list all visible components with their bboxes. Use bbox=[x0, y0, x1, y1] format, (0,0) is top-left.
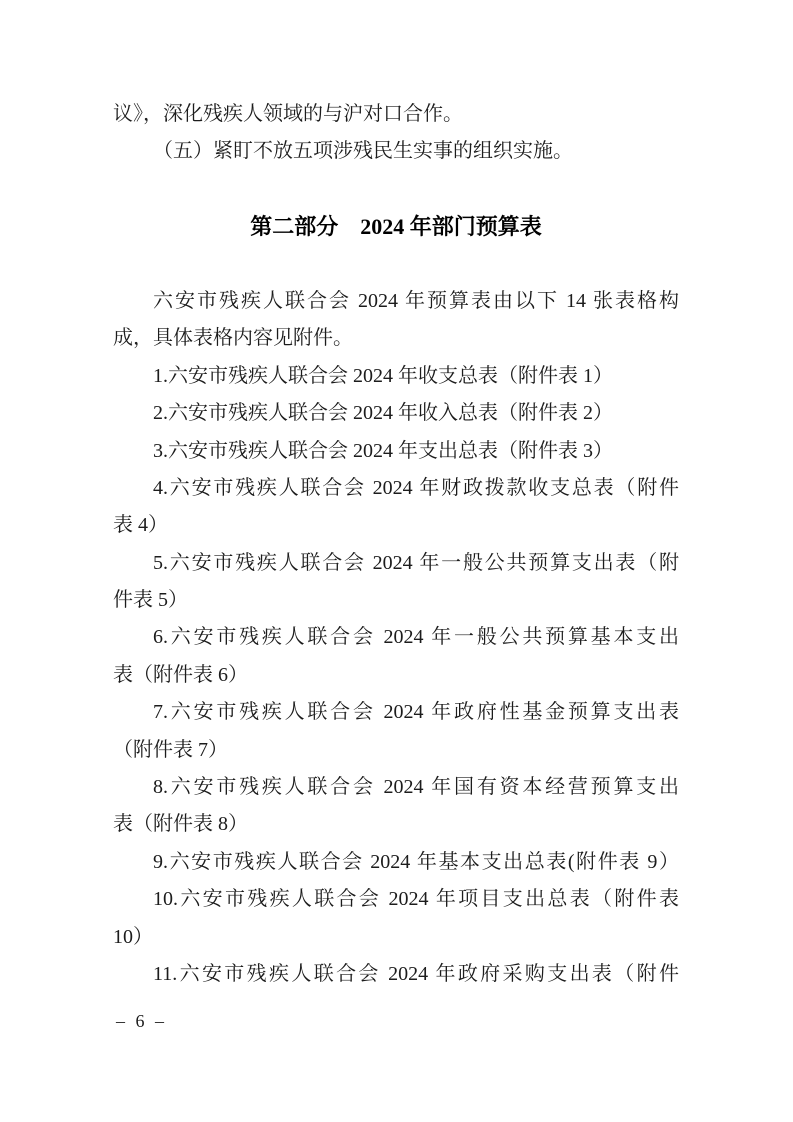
document-content: 议》，深化残疾人领域的与沪对口合作。 （五）紧盯不放五项涉残民生实事的组织实施。… bbox=[113, 96, 679, 993]
blank-line bbox=[113, 171, 679, 208]
list-item-line: 2.六安市残疾人联合会 2024 年收入总表（附件表 2） bbox=[113, 395, 679, 432]
list-item-line: （附件表 7） bbox=[113, 732, 679, 769]
blank-line bbox=[113, 246, 679, 283]
list-item-line: 7.六安市残疾人联合会 2024 年政府性基金预算支出表 bbox=[113, 694, 679, 731]
list-item-line: 8.六安市残疾人联合会 2024 年国有资本经营预算支出 bbox=[113, 769, 679, 806]
list-item-line: 1.六安市残疾人联合会 2024 年收支总表（附件表 1） bbox=[113, 358, 679, 395]
text-line: 议》，深化残疾人领域的与沪对口合作。 bbox=[113, 96, 679, 133]
list-item-line: 10.六安市残疾人联合会 2024 年项目支出总表（附件表 bbox=[113, 881, 679, 918]
page-number: – 6 – bbox=[116, 1011, 167, 1032]
list-item-line: 表（附件表 8） bbox=[113, 806, 679, 843]
list-item-line: 5.六安市残疾人联合会 2024 年一般公共预算支出表（附 bbox=[113, 545, 679, 582]
list-item-line: 10） bbox=[113, 919, 679, 956]
document-page: 议》，深化残疾人领域的与沪对口合作。 （五）紧盯不放五项涉残民生实事的组织实施。… bbox=[0, 0, 793, 1122]
section-heading: 第二部分 2024 年部门预算表 bbox=[113, 208, 679, 245]
list-item-line: 11.六安市残疾人联合会 2024 年政府采购支出表（附件 bbox=[113, 956, 679, 993]
text-line: （五）紧盯不放五项涉残民生实事的组织实施。 bbox=[113, 133, 679, 170]
list-item-line: 表 4） bbox=[113, 507, 679, 544]
text-line: 成，具体表格内容见附件。 bbox=[113, 320, 679, 357]
list-item-line: 4.六安市残疾人联合会 2024 年财政拨款收支总表（附件 bbox=[113, 470, 679, 507]
list-item-line: 9.六安市残疾人联合会 2024 年基本支出总表(附件表 9） bbox=[113, 844, 679, 881]
list-item-line: 件表 5） bbox=[113, 582, 679, 619]
list-item-line: 表（附件表 6） bbox=[113, 657, 679, 694]
list-item-line: 6.六安市残疾人联合会 2024 年一般公共预算基本支出 bbox=[113, 619, 679, 656]
text-line: 六安市残疾人联合会 2024 年预算表由以下 14 张表格构 bbox=[113, 283, 679, 320]
list-item-line: 3.六安市残疾人联合会 2024 年支出总表（附件表 3） bbox=[113, 433, 679, 470]
